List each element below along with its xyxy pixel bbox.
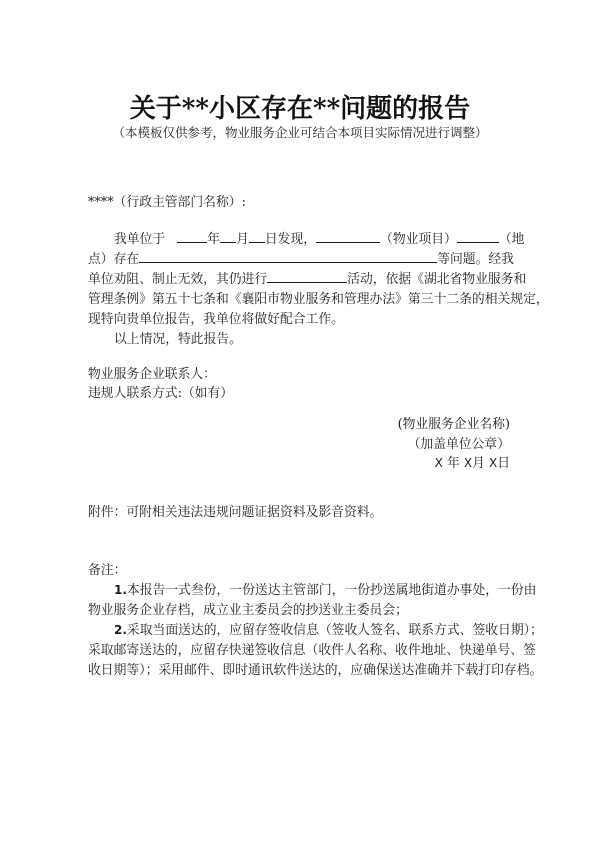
text-dissuade: 单位劝阻、制止无效，其仍进行: [88, 272, 267, 287]
day-blank[interactable]: [249, 229, 265, 243]
document-subtitle: （本模板仅供参考，物业服务企业可结合本项目实际情况进行调整）: [0, 125, 600, 141]
month-blank[interactable]: [220, 229, 236, 243]
text-location-open: （地: [499, 232, 525, 247]
company-contact: 物业服务企业联系人：: [88, 364, 216, 385]
body-line-4: 管理条例》第五十七条和《襄阳市物业服务和管理办法》第三十二条的相关规定，: [88, 289, 549, 310]
text-property-project: （物业项目）: [380, 232, 457, 247]
date-year-label: 年: [447, 456, 460, 471]
notes-heading: 备注：: [88, 560, 126, 581]
activity-blank[interactable]: [267, 269, 347, 283]
note-2-text: 采取当面送达的，应留存签收信息（签收人签名、联系方式、签收日期）；: [127, 623, 543, 638]
body-line-2: 点）存在等问题。经我: [88, 249, 514, 270]
text-exists: 点）存在: [88, 252, 139, 267]
year-blank[interactable]: [177, 229, 207, 243]
date-month-label: 月: [472, 456, 485, 471]
body-line-5: 现特向贵单位报告，我单位将做好配合工作。: [88, 309, 344, 330]
text-year: 年: [207, 232, 220, 247]
document-title: 关于**小区存在**问题的报告: [0, 94, 600, 124]
date-day-value: X: [489, 456, 497, 470]
note-1-text: 本报告一式叁份，一份送达主管部门，一份抄送属地街道办事处，一份由: [127, 583, 537, 598]
attachment-note: 附件：可附相关违法违规问题证据资料及影音资料。: [88, 502, 382, 523]
text-day-found: 日发现，: [265, 232, 316, 247]
signature-date: X 年 X月 X日: [435, 453, 510, 474]
company-name-placeholder: (物业服务企业名称): [398, 414, 510, 435]
text-month: 月: [236, 232, 249, 247]
location-blank[interactable]: [457, 229, 499, 243]
issue-blank[interactable]: [139, 249, 437, 263]
note-1-line-2: 物业服务企业存档，成立业主委员会的抄送业主委员会；: [88, 600, 408, 621]
note-1-number: 1.: [114, 583, 127, 597]
body-line-3: 单位劝阻、制止无效，其仍进行活动，依据《湖北省物业服务和: [88, 269, 526, 290]
property-project-blank[interactable]: [316, 229, 380, 243]
note-2-line-3: 收日期等）；采用邮件、即时通讯软件送达的，应确保送达准确并下载打印存档。: [88, 660, 542, 681]
document-page: 关于**小区存在**问题的报告 （本模板仅供参考，物业服务企业可结合本项目实际情…: [0, 0, 600, 849]
date-year-value: X: [435, 456, 443, 470]
addressee: ****（行政主管部门名称）:: [88, 192, 246, 213]
note-1-line-1: 1.本报告一式叁份，一份送达主管部门，一份抄送属地街道办事处，一份由: [114, 580, 536, 601]
text-issues: 等问题。经我: [437, 252, 514, 267]
seal-placeholder: （加盖单位公章）: [408, 434, 510, 455]
note-2-line-2: 采取邮寄送达的，应留存快递签收信息（收件人名称、收件地址、快递单号、签: [88, 640, 536, 661]
note-2-line-1: 2.采取当面送达的，应留存签收信息（签收人签名、联系方式、签收日期）；: [114, 620, 543, 641]
date-month-value: X: [464, 456, 472, 470]
text-we-found: 我单位于: [114, 232, 165, 247]
body-line-1: 我单位于 年月日发现，（物业项目）（地: [114, 229, 524, 250]
violator-contact: 违规人联系方式:（如有）: [88, 383, 233, 404]
closing-line: 以上情况，特此报告。: [114, 329, 242, 350]
date-day-label: 日: [497, 456, 510, 471]
text-activity: 活动，依据《湖北省物业服务和: [347, 272, 526, 287]
note-2-number: 2.: [114, 623, 127, 637]
